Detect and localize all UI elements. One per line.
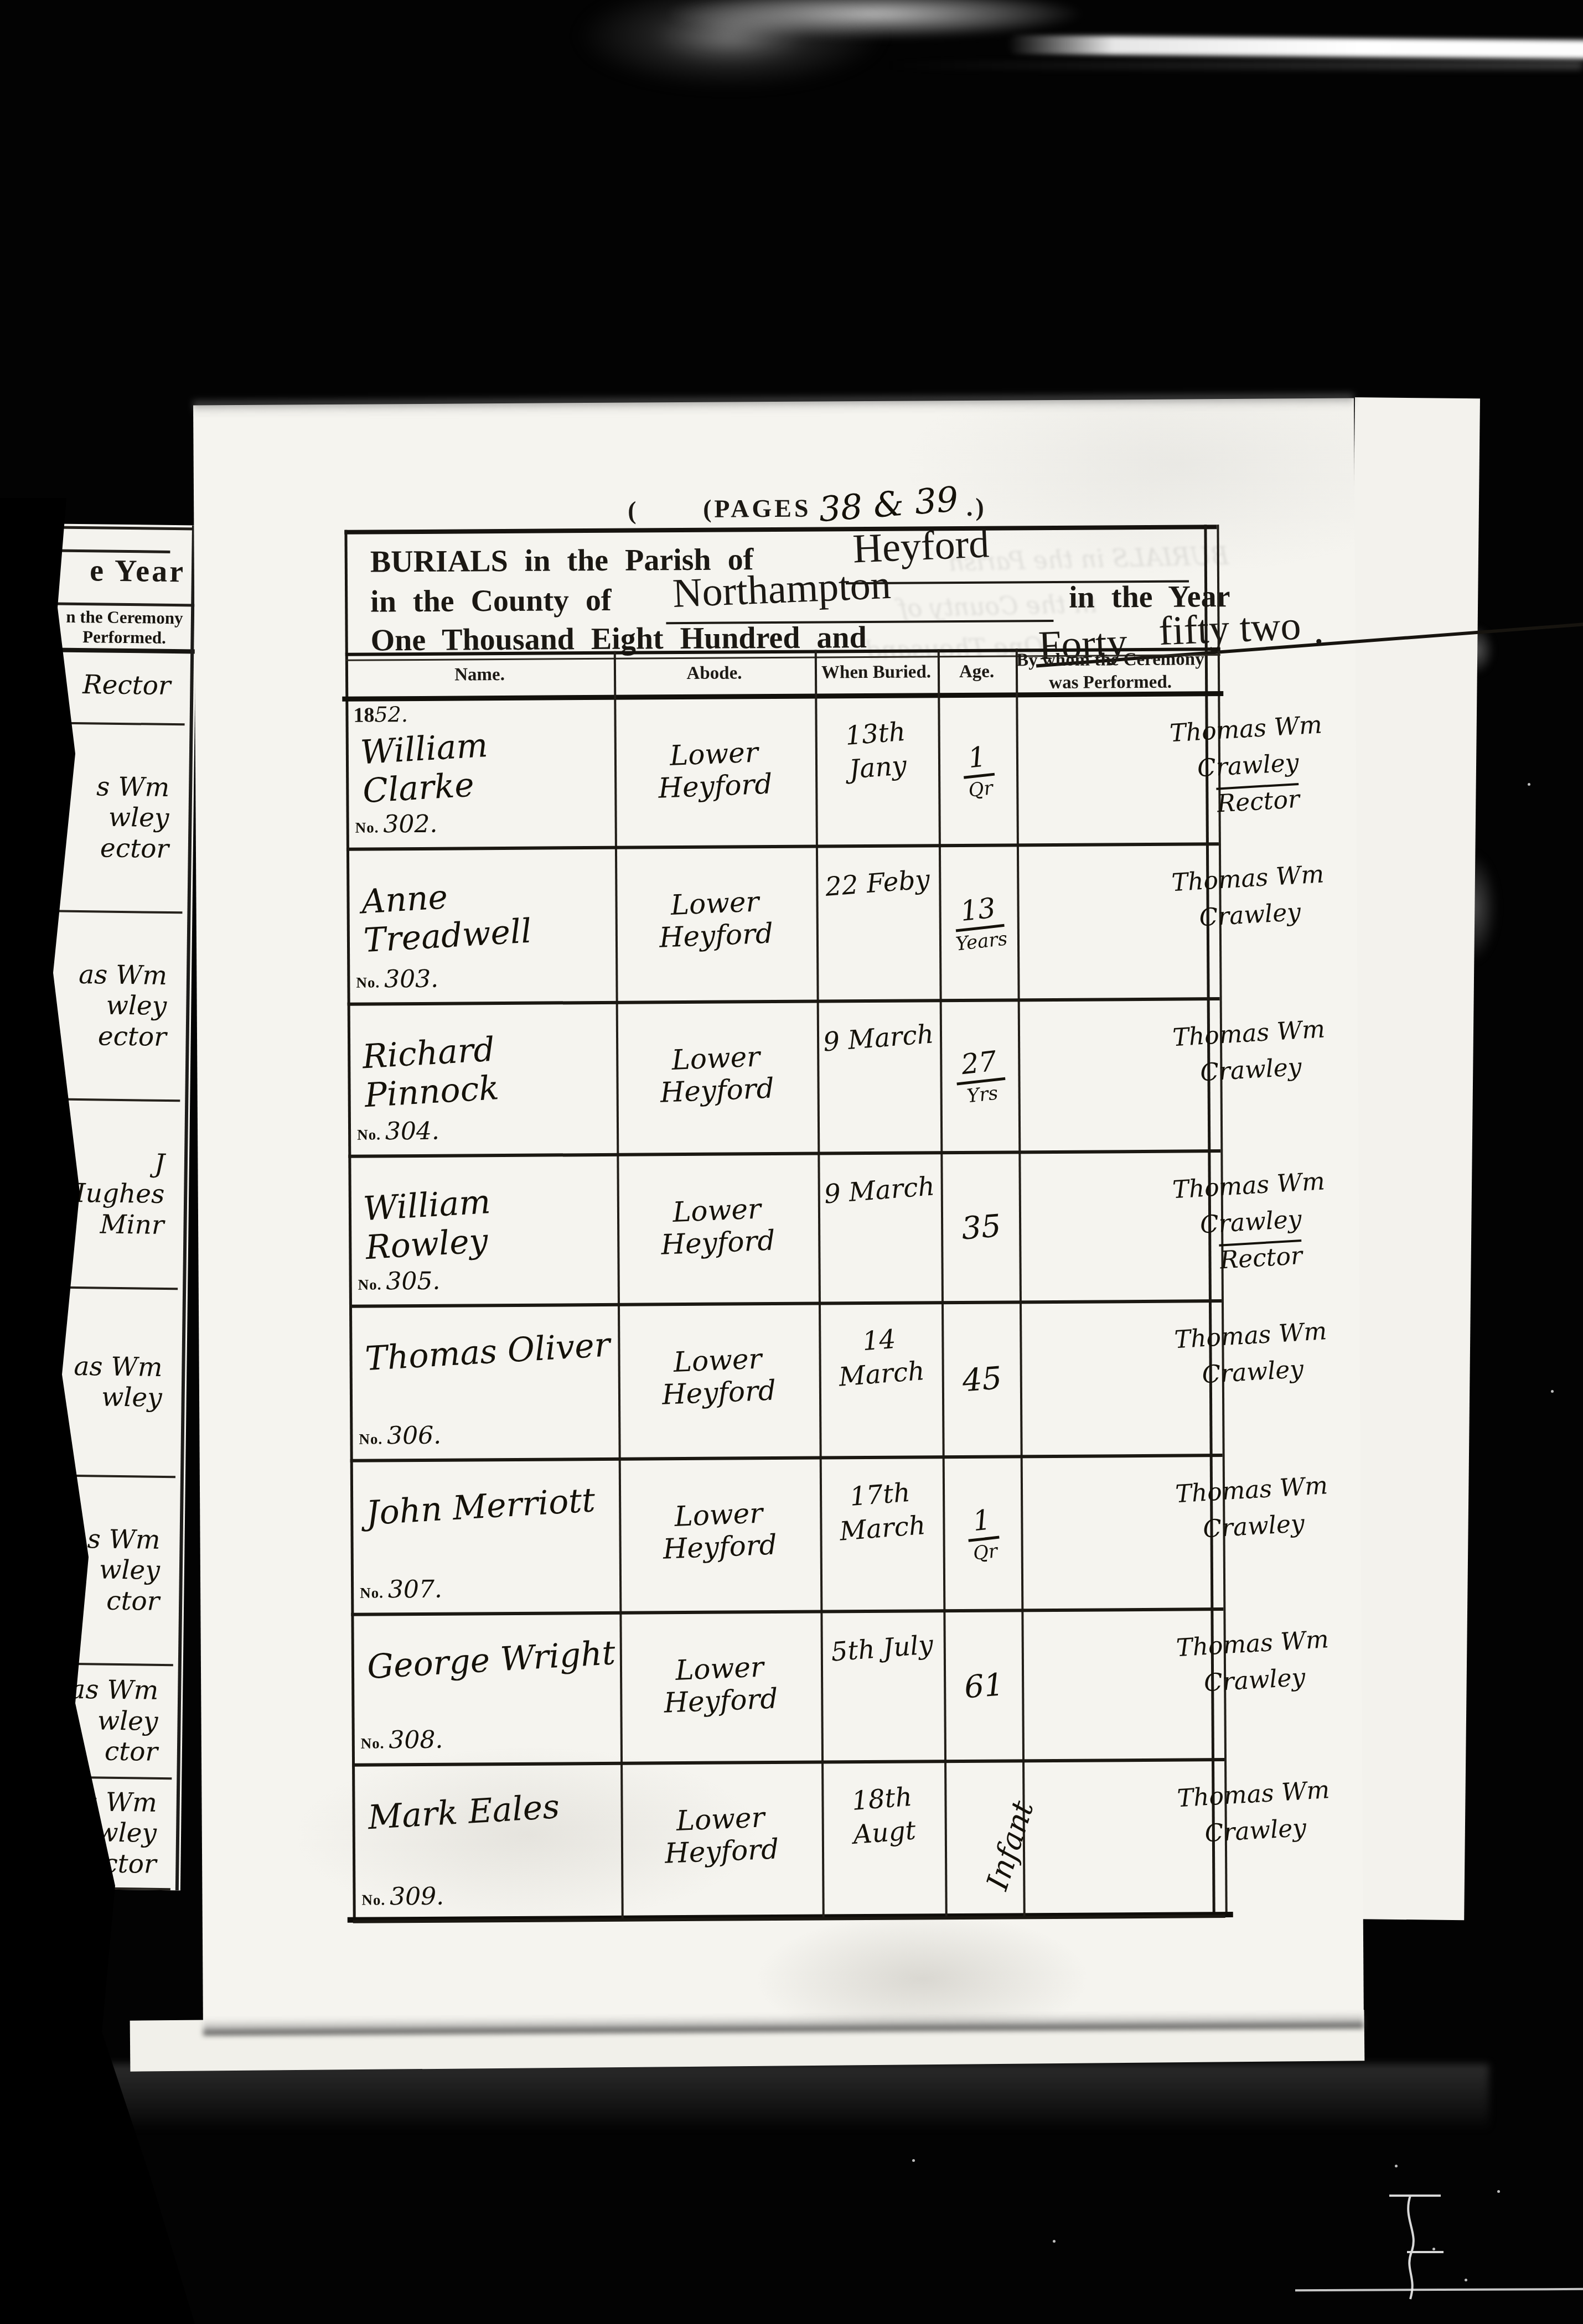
- pages-label-prefix: (PAGES: [703, 494, 811, 523]
- entry-number-cell: No.305.: [358, 1267, 441, 1296]
- page-shadow-band: [105, 2064, 1489, 2130]
- title-block: BURIALS in the Parish of Heyford in the …: [344, 525, 1217, 665]
- age-cell: 61: [945, 1612, 1023, 1760]
- when-line: 22 Feby: [817, 862, 938, 905]
- entry-number-cell: No.303.: [356, 965, 438, 994]
- page-top-edge: [193, 394, 1354, 416]
- entry-number-cell: No.307.: [360, 1575, 442, 1604]
- number-value: 305.: [386, 1267, 440, 1296]
- name-cell: Richard Pinnock: [361, 1023, 614, 1115]
- number-label: No.: [360, 1584, 384, 1601]
- age-bottom: Years: [955, 927, 1008, 955]
- age-fraction: 13Years: [950, 890, 1008, 955]
- when-buried-cell: 17thMarch: [820, 1474, 943, 1550]
- dust-speck: [1465, 2279, 1467, 2281]
- left-page-cell: as Wmwleyector: [47, 912, 182, 1102]
- when-buried-cell: 14 March: [819, 1319, 942, 1396]
- abode-cell: Lower Heyford: [615, 734, 814, 806]
- entry-number-cell: No.304.: [357, 1117, 439, 1146]
- abode-cell: Lower Heyford: [617, 1038, 816, 1110]
- age-cell: 1Qr: [940, 697, 1017, 844]
- dust-speck: [1395, 2165, 1398, 2167]
- dust-speck: [912, 2159, 915, 2162]
- when-line: 9 March: [818, 1017, 939, 1060]
- table-row: William RowleyNo.305.Lower Heyford9 Marc…: [348, 1153, 1222, 1308]
- title-line2-printed: in the County of: [370, 583, 612, 620]
- table-rows: 1852.William ClarkeNo.302.Lower Heyford1…: [345, 696, 1225, 1923]
- ceremony-by-cell: Thomas WmCrawleyRector: [1172, 1161, 1360, 1282]
- age-cell: 1Qr: [945, 1458, 1022, 1609]
- when-buried-cell: 13thJany: [815, 713, 939, 789]
- table-row: Richard PinnockNo.304.Lower Heyford9 Mar…: [348, 1000, 1221, 1158]
- number-label: No.: [355, 819, 379, 836]
- left-page-year-fragment: e Year: [54, 552, 186, 589]
- year-note-script: 52.: [374, 702, 408, 727]
- left-page-cell: Rector: [52, 647, 186, 725]
- age-cell: 27Yrs: [942, 1002, 1020, 1151]
- number-label: No.: [357, 1126, 381, 1143]
- abode-cell: Lower Heyford: [618, 1190, 817, 1262]
- entry-number-cell: No.306.: [359, 1422, 441, 1450]
- age-top: 1: [965, 1502, 1000, 1542]
- left-page-fragment-line: Rector: [52, 670, 185, 702]
- left-page-ceremony-header-line1: n the Ceremony: [53, 606, 196, 628]
- left-page-fragment-line: ector: [48, 1020, 181, 1052]
- stray-parenthesis: (: [628, 496, 637, 525]
- age-value: 45: [961, 1360, 1003, 1399]
- abode-cell: Lower Heyford: [619, 1495, 819, 1566]
- column-header: Name.: [345, 655, 614, 696]
- bleedthrough-text: BURIALS in the Parish: [948, 542, 1229, 577]
- ceremony-line: Rector: [1219, 1234, 1360, 1279]
- ceremony-by-cell: Thomas WmCrawley: [1173, 1311, 1360, 1395]
- age-bottom: Yrs: [957, 1081, 1008, 1108]
- age-cell: Infant: [946, 1762, 1024, 1916]
- name-cell: Thomas Oliver: [364, 1325, 615, 1378]
- left-page-fragment-line: ector: [50, 832, 184, 864]
- name-cell: William Clarke: [359, 719, 612, 811]
- age-bottom: Qr: [964, 776, 997, 802]
- age-value: 35: [960, 1208, 1002, 1247]
- number-value: 303.: [384, 965, 438, 994]
- name-cell: Anne Treadwell: [360, 868, 613, 960]
- number-label: No.: [358, 1276, 382, 1293]
- number-label: No.: [356, 974, 380, 990]
- table-row: 1852.William ClarkeNo.302.Lower Heyford1…: [345, 696, 1219, 851]
- abode-cell: Lower Heyford: [616, 883, 815, 955]
- when-buried-cell: 9 March: [819, 1169, 940, 1212]
- rule: [53, 602, 196, 606]
- dust-speck: [1551, 1390, 1554, 1393]
- ceremony-by-cell: Thomas WmCrawleyRector: [1169, 705, 1358, 825]
- abode-cell: Lower Heyford: [620, 1648, 820, 1720]
- when-line: 5th July: [822, 1627, 943, 1670]
- entry-number-cell: No.302.: [355, 810, 438, 839]
- when-buried-cell: 22 Feby: [817, 862, 938, 905]
- left-page-fragment-line: wley: [48, 990, 182, 1022]
- entry-number-cell: No.309.: [361, 1882, 444, 1911]
- number-label: No.: [359, 1430, 382, 1447]
- scanned-burial-register: e Year n the Ceremony Performed. Rectors…: [0, 0, 1583, 2324]
- age-top: 13: [952, 891, 1004, 932]
- column-header: Age.: [938, 652, 1016, 692]
- when-line: 14 March: [819, 1319, 942, 1396]
- year-note: 1852.: [353, 702, 408, 728]
- age-fraction: 27Yrs: [953, 1044, 1008, 1108]
- when-line: 9 March: [819, 1169, 940, 1212]
- ceremony-by-cell: Thomas WmCrawley: [1175, 1620, 1362, 1703]
- column-header: By whom the Ceremony was Performed.: [1016, 651, 1205, 692]
- number-value: 302.: [383, 810, 437, 839]
- age-cell: 35: [943, 1154, 1020, 1301]
- number-label: No.: [361, 1891, 385, 1908]
- ceremony-by-cell: Thomas WmCrawley: [1175, 1466, 1361, 1549]
- table-row: John MerriottNo.307.Lower Heyford17thMar…: [350, 1457, 1224, 1616]
- age-value-rotated: Infant: [968, 1761, 1052, 1929]
- left-page-fragment-line: as Wm: [49, 959, 182, 991]
- scanner-light-streak: [1007, 35, 1583, 59]
- name-cell: William Rowley: [362, 1175, 615, 1267]
- number-label: No.: [361, 1735, 385, 1751]
- age-fraction: 1Qr: [960, 740, 997, 802]
- abode-cell: Lower Heyford: [619, 1340, 818, 1412]
- film-scratch: [1383, 2180, 1493, 2324]
- bleedthrough-text: in the County of: [898, 590, 1098, 622]
- age-cell: 45: [944, 1304, 1021, 1455]
- column-header: When Buried.: [815, 652, 938, 693]
- scanner-light-streak: [886, 61, 1583, 70]
- when-buried-cell: 5th July: [822, 1627, 943, 1670]
- dust-speck: [1528, 783, 1530, 786]
- entry-number-cell: No.308.: [361, 1726, 443, 1755]
- register-page: ( (PAGES 38 & 39 .) BURIALS in the Paris…: [193, 398, 1364, 2032]
- when-buried-cell: 18thAugt: [821, 1778, 945, 1854]
- abode-cell: Lower Heyford: [622, 1799, 821, 1871]
- dust-speck: [1053, 2240, 1056, 2243]
- when-buried-cell: 9 March: [818, 1017, 939, 1060]
- table-row: Mark EalesNo.309.Lower Heyford18thAugtIn…: [352, 1761, 1225, 1923]
- number-value: 306.: [387, 1422, 441, 1450]
- name-cell: George Wright: [366, 1633, 617, 1687]
- left-page-ceremony-header-line2: Performed.: [53, 626, 195, 648]
- number-value: 307.: [388, 1575, 442, 1604]
- number-value: 304.: [385, 1117, 439, 1146]
- number-value: 308.: [389, 1726, 443, 1755]
- age-fraction: 1Qr: [965, 1502, 1002, 1565]
- table-row: Thomas OliverNo.306.Lower Heyford14 Marc…: [349, 1303, 1223, 1462]
- age-top: 1: [960, 740, 995, 779]
- number-value: 309.: [390, 1882, 444, 1911]
- pages-label-suffix: .): [966, 492, 987, 522]
- title-line3-period: .: [1315, 616, 1322, 651]
- age-cell: 13Years: [941, 847, 1018, 999]
- pages-label: (PAGES 38 & 39 .): [703, 484, 987, 526]
- ceremony-by-cell: Thomas WmCrawley: [1171, 854, 1357, 938]
- age-top: 27: [953, 1044, 1005, 1085]
- column-header: Abode.: [614, 653, 815, 694]
- name-cell: John Merriott: [365, 1480, 616, 1533]
- table-row: George WrightNo.308.Lower Heyford5th Jul…: [351, 1611, 1224, 1767]
- left-page-cells: Rectors Wmwleyectoras WmwleyectorJ Hughe…: [54, 523, 197, 525]
- left-page-fragment-line: wley: [50, 802, 184, 834]
- name-cell: Mark Eales: [367, 1784, 618, 1837]
- ceremony-by-cell: Thomas WmCrawley: [1172, 1009, 1358, 1093]
- dust-speck: [1432, 2248, 1435, 2250]
- dust-speck: [1497, 2190, 1500, 2193]
- table-row: Anne TreadwellNo.303.Lower Heyford22 Feb…: [346, 845, 1220, 1006]
- rule: [54, 526, 197, 530]
- ceremony-line: Rector: [1216, 778, 1357, 823]
- ceremony-by-cell: Thomas WmCrawley: [1176, 1770, 1363, 1854]
- year-note-printed: 18: [353, 703, 374, 727]
- county-name: Northampton: [672, 562, 892, 618]
- age-bottom: Qr: [969, 1539, 1002, 1565]
- age-value: 61: [963, 1667, 1005, 1705]
